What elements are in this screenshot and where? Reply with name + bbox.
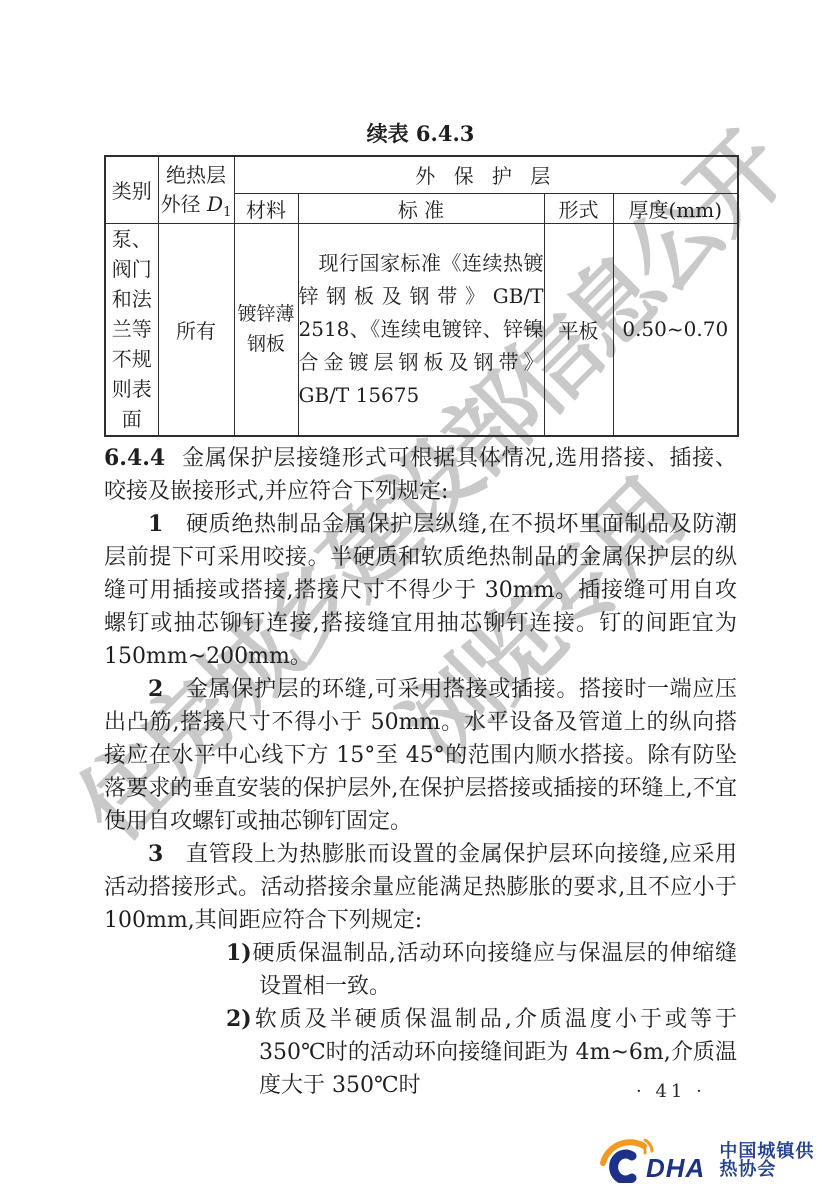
- header-diameter-line1: 绝热层: [166, 163, 226, 187]
- clause-6-4-4: 6.4.4金属保护层接缝形式可根据具体情况,选用搭接、插接、咬接及嵌接形式,并应…: [104, 442, 737, 508]
- table-caption: 续表 6.4.3: [104, 118, 737, 148]
- table-header-row-1: 类别 绝热层 外径 D1 外 保 护 层: [105, 156, 738, 193]
- cell-category: 泵、阀门和法兰等不规则表面: [105, 223, 158, 436]
- header-diameter: 绝热层 外径 D1: [158, 156, 234, 223]
- clause-number: 6.4.4: [104, 445, 165, 471]
- item-2-text: 金属保护层的环缝,可采用搭接或插接。搭接时一端应压出凸筋,搭接尺寸不得小于 50…: [104, 677, 737, 834]
- clause-text: 金属保护层接缝形式可根据具体情况,选用搭接、插接、咬接及嵌接形式,并应符合下列规…: [104, 446, 737, 504]
- subitem-1-text: 硬质保温制品,活动环向接缝应与保温层的伸缩缝设置相一致。: [252, 941, 737, 999]
- association-logo: DHA 中国城镇供热协会: [598, 1139, 827, 1183]
- cell-material: 镀锌薄钢板: [234, 223, 298, 436]
- document-page: 住房城乡建设部信息公开 浏览专用 续表 6.4.3 类别 绝热层 外径 D1 外…: [0, 0, 827, 1199]
- header-standard: 标 准: [298, 193, 544, 223]
- clause-item-1: 1硬质绝热制品金属保护层纵缝,在不损坏里面制品及防潮层前提下可采用咬接。半硬质和…: [104, 508, 737, 673]
- content-layer: 续表 6.4.3 类别 绝热层 外径 D1 外 保 护 层 材料 标: [0, 0, 827, 1199]
- header-category: 类别: [105, 156, 158, 223]
- subitem-2-number: 2): [226, 1006, 252, 1032]
- clause-item-2: 2金属保护层的环缝,可采用搭接或插接。搭接时一端应压出凸筋,搭接尺寸不得小于 5…: [104, 673, 737, 838]
- header-thickness: 厚度(mm): [613, 193, 738, 223]
- header-form: 形式: [544, 193, 613, 223]
- header-diameter-line2: 外径 D1: [161, 192, 232, 216]
- item-1-text: 硬质绝热制品金属保护层纵缝,在不损坏里面制品及防潮层前提下可采用咬接。半硬质和软…: [104, 512, 737, 669]
- logo-acronym: DHA: [646, 1155, 705, 1183]
- cell-standard: 现行国家标准《连续热镀锌钢板及钢带》GB/T 2518、《连续电镀锌、锌镍合金镀…: [298, 223, 544, 436]
- header-material: 材料: [234, 193, 298, 223]
- item-1-number: 1: [148, 511, 163, 537]
- organization-name: 中国城镇供热协会: [719, 1142, 827, 1183]
- cell-form: 平板: [544, 223, 613, 436]
- subitem-1-number: 1): [226, 940, 252, 966]
- header-outer-protection-layer: 外 保 护 层: [234, 156, 738, 193]
- item-2-number: 2: [148, 676, 163, 702]
- spec-table: 类别 绝热层 外径 D1 外 保 护 层 材料 标 准 形式 厚度(mm) 泵、…: [104, 155, 739, 437]
- item-3-text: 直管段上为热膨胀而设置的金属保护层环向接缝,应采用活动搭接形式。活动搭接余量应能…: [104, 842, 737, 933]
- clause-item-3: 3直管段上为热膨胀而设置的金属保护层环向接缝,应采用活动搭接形式。活动搭接余量应…: [104, 838, 737, 937]
- cell-thickness: 0.50~0.70: [613, 223, 738, 436]
- table-data-row: 泵、阀门和法兰等不规则表面 所有 镀锌薄钢板 现行国家标准《连续热镀锌钢板及钢带…: [105, 223, 738, 436]
- page-number: · 41 ·: [636, 1081, 706, 1102]
- cell-diameter: 所有: [158, 223, 234, 436]
- item-3-number: 3: [148, 841, 163, 867]
- body-text: 6.4.4金属保护层接缝形式可根据具体情况,选用搭接、插接、咬接及嵌接形式,并应…: [104, 442, 737, 1102]
- clause-subitem-1: 1)硬质保温制品,活动环向接缝应与保温层的伸缩缝设置相一致。: [104, 937, 737, 1003]
